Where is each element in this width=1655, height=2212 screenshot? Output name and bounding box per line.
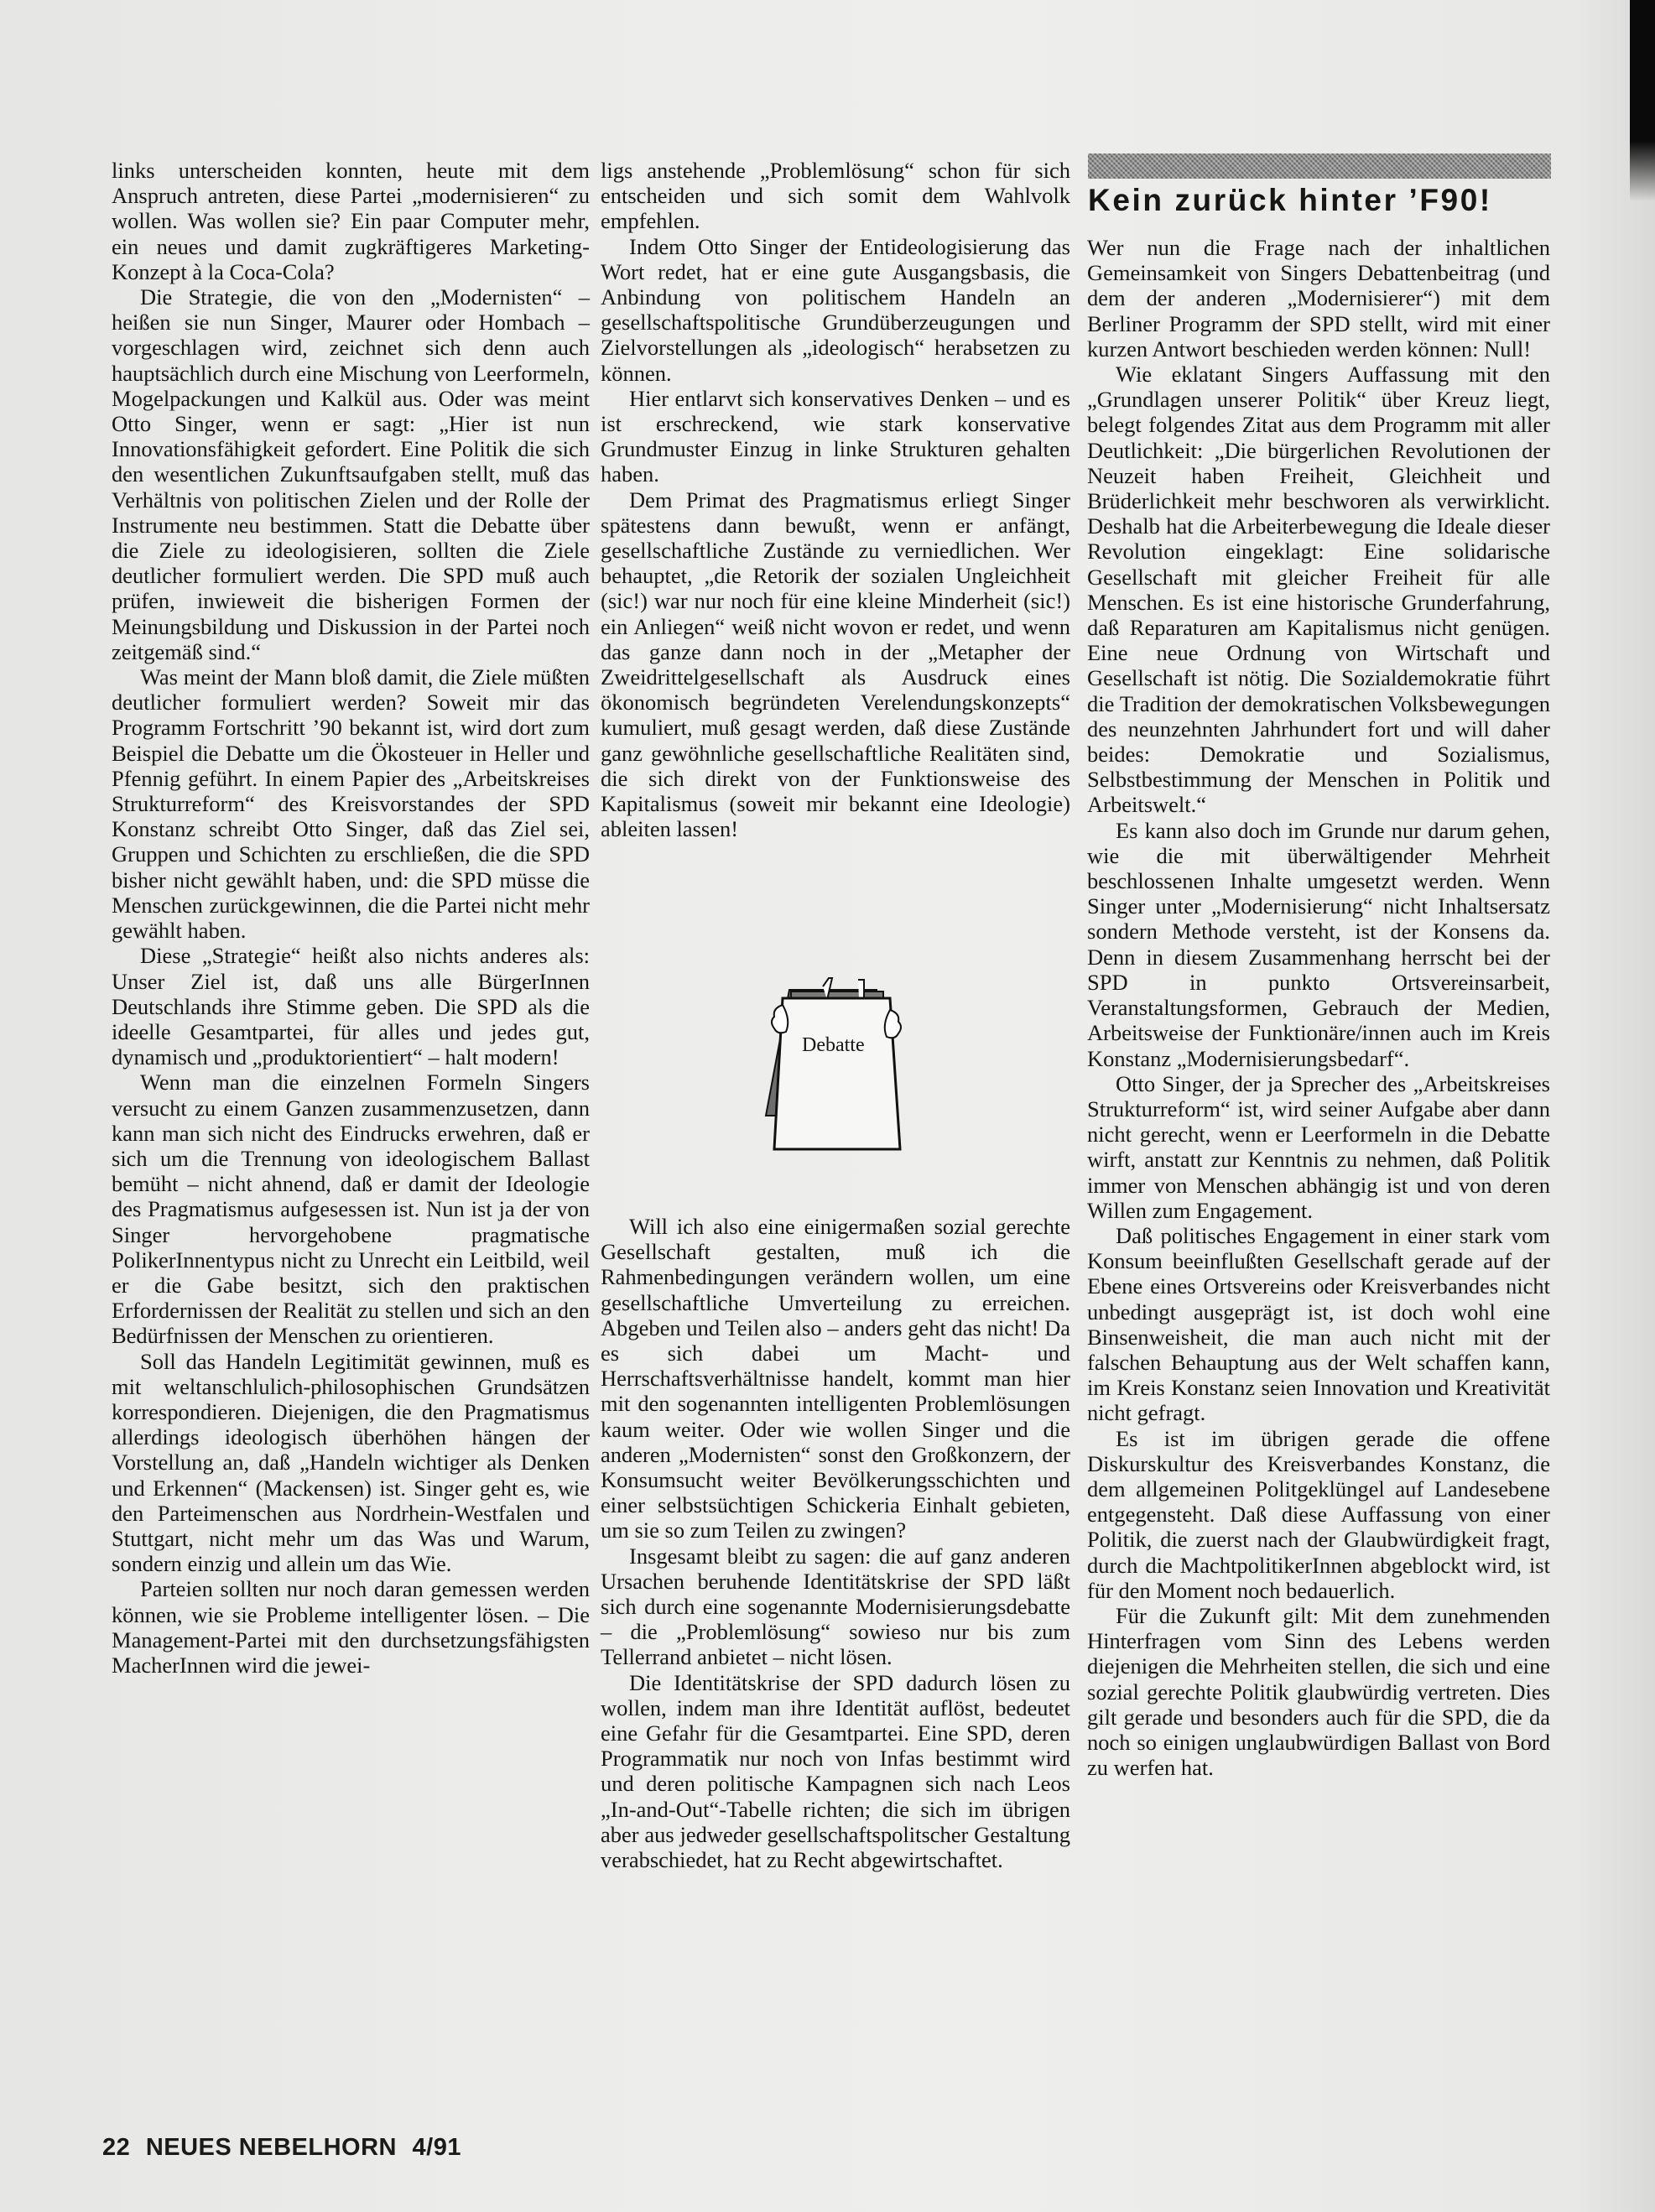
issue-number: 4/91	[413, 2134, 461, 2161]
paragraph: Hier entlarvt sich konservatives Denken …	[601, 386, 1070, 487]
paragraph: Will ich also eine einigermaßen sozial g…	[601, 1214, 1070, 1543]
paragraph: links unterscheiden konnten, heute mit d…	[112, 158, 590, 284]
sign-held-by-hands-icon	[749, 973, 917, 1166]
paragraph: Die Strategie, die von den „Modernisten“…	[112, 284, 590, 664]
page-number: 22	[102, 2134, 130, 2161]
paragraph: Was meint der Mann bloß damit, die Ziele…	[112, 664, 590, 943]
paragraph: Daß politisches Engagement in einer star…	[1087, 1223, 1550, 1426]
paragraph: Dem Primat des Pragmatismus erliegt Sing…	[601, 487, 1070, 842]
section-header-pattern-bar	[1088, 154, 1551, 179]
article-column-3: Wer nun die Frage nach der inhaltlichen …	[1087, 235, 1550, 1780]
paragraph: Soll das Handeln Legitimität gewinnen, m…	[112, 1349, 590, 1577]
paragraph: Insgesamt bleibt zu sagen: die auf ganz …	[601, 1543, 1070, 1670]
article-column-2-top: ligs anstehende „Problemlösung“ schon fü…	[601, 158, 1070, 841]
paragraph: ligs anstehende „Problemlösung“ schon fü…	[601, 158, 1070, 234]
paragraph: Die Identitätskrise der SPD dadurch löse…	[601, 1670, 1070, 1873]
scan-edge-shadow	[1630, 0, 1655, 201]
paragraph: Wie eklatant Singers Auffassung mit den …	[1087, 362, 1550, 818]
article-column-2-bottom: Will ich also eine einigermaßen sozial g…	[601, 1214, 1070, 1872]
paragraph: Es kann also doch im Grunde nur darum ge…	[1087, 818, 1550, 1071]
page-footer: 22 NEUES NEBELHORN 4/91	[102, 2134, 470, 2162]
paragraph: Für die Zukunft gilt: Mit dem zunehmende…	[1087, 1603, 1550, 1780]
paragraph: Wenn man die einzelnen Formeln Singers v…	[112, 1070, 590, 1348]
article-column-1: links unterscheiden konnten, heute mit d…	[112, 158, 590, 1678]
paragraph: Otto Singer, der ja Sprecher des „Arbeit…	[1087, 1071, 1550, 1223]
illustration-label: Debatte	[802, 1034, 903, 1057]
magazine-page: links unterscheiden konnten, heute mit d…	[0, 0, 1655, 2212]
debatte-illustration: Debatte	[749, 973, 917, 1166]
paragraph: Parteien sollten nur noch daran gemessen…	[112, 1576, 590, 1678]
publication-title: NEUES NEBELHORN	[146, 2134, 397, 2161]
paragraph: Es ist im übrigen gerade die offene Disk…	[1087, 1426, 1550, 1603]
paragraph: Indem Otto Singer der Entideologisierung…	[601, 234, 1070, 386]
paragraph: Diese „Strategie“ heißt also nichts ande…	[112, 943, 590, 1070]
paragraph: Wer nun die Frage nach der inhaltlichen …	[1087, 235, 1550, 362]
section-headline: Kein zurück hinter ’F90!	[1088, 183, 1558, 218]
